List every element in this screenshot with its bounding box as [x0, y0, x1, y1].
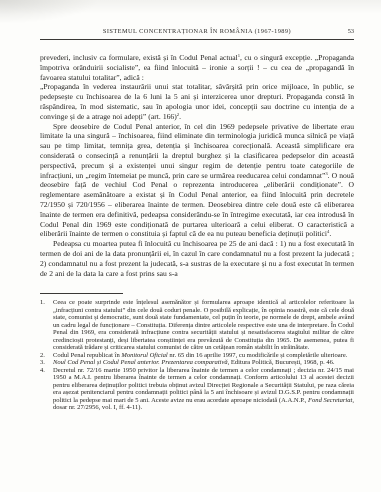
footnote-4-number: 4. [40, 367, 53, 412]
paragraph-1-text: prevederi, inclusiv ca formulare, există… [40, 53, 238, 62]
paragraph-3: Pedeapsa cu moartea putea fi înlocuită c… [40, 239, 354, 278]
footnote-3-text: Noul Cod Penal și Codul Penal anterior. … [53, 359, 354, 367]
footnote-3-number: 3. [40, 359, 53, 367]
footnote-3-italic: Noul Cod Penal și Codul Penal anterior. … [53, 359, 228, 366]
footnote-separator [40, 293, 123, 294]
paragraph-2-text: Spre deosebire de Codul Penal anterior, … [40, 122, 354, 180]
footnote-2-number: 2. [40, 352, 53, 360]
footnote-2-italic: Monitorul Oficial [121, 352, 167, 359]
header-rule [40, 39, 354, 40]
footnote-1-text: Ceea ce poate surprinde este înțelesul a… [53, 299, 354, 352]
footnote-3: 3. Noul Cod Penal și Codul Penal anterio… [40, 359, 354, 367]
block-quote: „Propaganda în vederea instaurării unui … [40, 82, 354, 121]
footnote-1-number: 1. [40, 299, 53, 352]
footnote-2: 2. Codul Penal republicat în Monitorul O… [40, 352, 354, 360]
footnote-4-italic: Fond Secretariat [308, 397, 352, 404]
footnote-2-segment: Codul Penal republicat în [53, 352, 121, 359]
footnote-1: 1. Ceea ce poate surprinde este înțelesu… [40, 299, 354, 352]
footnote-2-text: Codul Penal republicat în Monitorul Ofic… [53, 352, 354, 360]
block-quote-text: „Propaganda în vederea instaurării unui … [40, 82, 354, 120]
block-quote-text-cont: . [179, 112, 181, 121]
footnote-1-segment: Ceea ce poate surprinde este înțelesul a… [53, 299, 354, 351]
footnote-3-segment-end: , Editura Politică, București, 1968, p. … [228, 359, 335, 366]
paragraph-3-text: Pedeapsa cu moartea putea fi înlocuită c… [40, 239, 354, 277]
footnote-2-segment-end: nr. 65 din 16 aprilie 1997, cu modificăr… [168, 352, 348, 359]
footnote-4-text: Decretul nr. 72/16 martie 1950 privitor … [53, 367, 354, 412]
paragraph-2: Spre deosebire de Codul Penal anterior, … [40, 122, 354, 240]
book-page: SISTEMUL CONCENTRAȚIONAR ÎN ROMÂNIA (196… [0, 0, 381, 492]
footnotes-section: 1. Ceea ce poate surprinde este înțelesu… [40, 299, 354, 412]
running-header-row: SISTEMUL CONCENTRAȚIONAR ÎN ROMÂNIA (196… [40, 28, 354, 36]
page-body: prevederi, inclusiv ca formulare, există… [40, 53, 354, 278]
paragraph-1: prevederi, inclusiv ca formulare, există… [40, 53, 354, 82]
paragraph-2-text-end: . [329, 229, 331, 238]
paragraph-2-text-cont: . O nouă deosebire față de vechiul Cod P… [40, 171, 354, 239]
running-header-title: SISTEMUL CONCENTRAȚIONAR ÎN ROMÂNIA (196… [103, 28, 291, 35]
page-number: 53 [348, 28, 354, 36]
footnote-4: 4. Decretul nr. 72/16 martie 1950 privit… [40, 367, 354, 412]
